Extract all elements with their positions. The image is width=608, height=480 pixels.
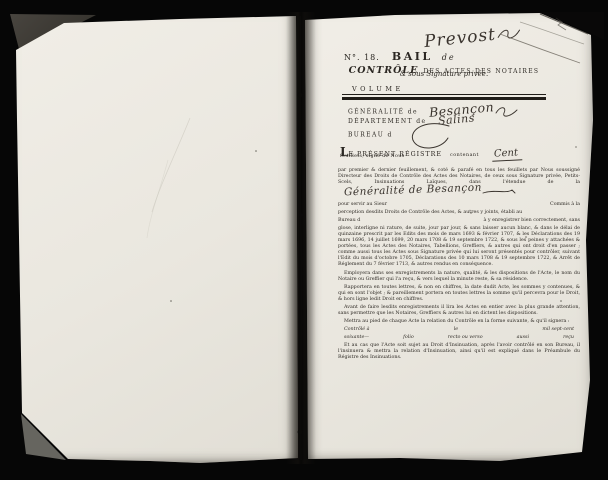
paragraph-p8: Mettra au pied de chaque Acte la relatio… bbox=[338, 319, 580, 325]
ink-speck bbox=[470, 212, 472, 214]
controle-form-line-1: Contrôlé à le mil sept-cent bbox=[338, 327, 580, 333]
left-page: 99. — côté. 18. bbox=[0, 0, 300, 470]
sieur-right: Commis à la bbox=[550, 202, 580, 208]
bureau-left: Bureau d bbox=[338, 218, 360, 224]
paragraph-p2-cont: perception desdits Droits de Contrôle de… bbox=[338, 210, 580, 216]
bureau-label: BUREAU d bbox=[348, 132, 393, 139]
besancon-paraph-icon bbox=[494, 104, 520, 120]
ink-speck bbox=[575, 146, 577, 148]
feuillet-count-handwritten: Cent bbox=[492, 147, 523, 162]
right-page-content: N°. 18. BAIL de Prevost CONTRÔLE DES ACT… bbox=[300, 0, 608, 470]
paragraph-p6: Rapportera en toutes lettres, & non en c… bbox=[338, 285, 580, 303]
sieur-left: pour servir au Sieur bbox=[338, 202, 387, 208]
printed-body-text: par premier & dernier feuillement, & cot… bbox=[338, 168, 580, 362]
prevost-flourish-icon bbox=[495, 24, 523, 43]
registre-second-line: feuillets, signé de Nous bbox=[340, 154, 404, 159]
thick-divider-rule bbox=[342, 97, 546, 100]
paragraph-p5: Employera dans ses enregistrements la na… bbox=[338, 271, 580, 283]
bureau-blank-line: Bureau d à y enregistrer bien correcteme… bbox=[338, 218, 580, 224]
ink-speck bbox=[525, 236, 527, 238]
controle-form-line-2: soixante— folio recto ou verso aussi reç… bbox=[338, 335, 580, 341]
ink-speck bbox=[255, 150, 257, 152]
sieur-line: pour servir au Sieur Commis à la bbox=[338, 202, 580, 208]
scanned-register-spread: 99. — côté. 18. N°. 18. BAIL de Prevost … bbox=[0, 0, 608, 480]
ink-speck bbox=[560, 300, 562, 302]
paragraph-p1: par premier & dernier feuillement, & cot… bbox=[338, 168, 580, 197]
volume-label: VOLUME bbox=[352, 85, 404, 93]
generalite-dash-icon bbox=[482, 187, 516, 197]
handwritten-title-name: Prevost bbox=[423, 22, 523, 52]
generalite-label: GÉNÉRALITÉ de bbox=[348, 109, 418, 116]
gutter-crease bbox=[300, 16, 302, 460]
registre-contenant: contenant bbox=[450, 153, 479, 158]
subtitle-line: & sous Signature privée. bbox=[342, 70, 546, 78]
bureau-row: BUREAU d bbox=[348, 130, 455, 140]
paragraph-p4: glose, interligne ni rature, de suite, j… bbox=[338, 226, 580, 269]
bureau-right: à y enregistrer bien correctement, sans bbox=[484, 218, 580, 224]
right-page: N°. 18. BAIL de Prevost CONTRÔLE DES ACT… bbox=[300, 0, 608, 470]
paragraph-p7: Avant de faire lesdits enregistrements i… bbox=[338, 305, 580, 317]
ink-speck bbox=[170, 300, 172, 302]
paragraph-p9: Et au cas que l'Acte soit sujet au Droit… bbox=[338, 343, 580, 361]
